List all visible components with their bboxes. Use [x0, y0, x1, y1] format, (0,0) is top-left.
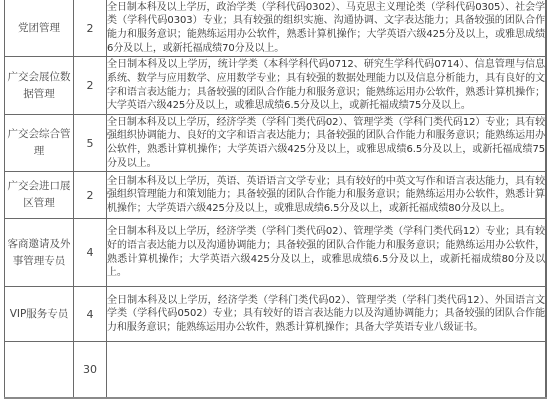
job-requirements-table: 党团管理 2 全日制本科及以上学历，政治学类（学科代码0302）、马克思主义理论…: [4, 0, 547, 399]
headcount-cell: 2: [74, 172, 107, 219]
table-row: 广交会展位数据管理 2 全日制本科及以上学历，统计学类（本科学科代码0712、研…: [5, 57, 547, 115]
headcount-cell: 5: [74, 115, 107, 172]
position-cell: 客商邀请及外事管理专员: [5, 219, 74, 287]
total-row: 30: [5, 342, 547, 399]
headcount-cell: 2: [74, 57, 107, 115]
headcount-cell: 4: [74, 287, 107, 342]
table-row: 广交会进口展区管理 2 全日制本科及以上学历，英语、英语语言文学专业；具有较好的…: [5, 172, 547, 219]
requirements-cell: 全日制本科及以上学历，英语、英语语言文学专业；具有较好的中英文写作和语言表达能力…: [107, 172, 547, 219]
requirements-cell: 全日制本科及以上学历，经济学类（学科门类代码02）、管理学类（学科门类代码12）…: [107, 219, 547, 287]
position-cell: 广交会进口展区管理: [5, 172, 74, 219]
position-cell: VIP服务专员: [5, 287, 74, 342]
requirements-cell: 全日制本科及以上学历，政治学类（学科代码0302）、马克思主义理论类（学科代码0…: [107, 0, 547, 57]
position-cell: 广交会展位数据管理: [5, 57, 74, 115]
headcount-cell: 4: [74, 219, 107, 287]
table-row: VIP服务专员 4 全日制本科及以上学历，经济学类（学科门类代码02）、管理学类…: [5, 287, 547, 342]
table-row: 客商邀请及外事管理专员 4 全日制本科及以上学历，经济学类（学科门类代码02）、…: [5, 219, 547, 287]
total-label-cell: [5, 342, 74, 399]
requirements-cell: 全日制本科及以上学历，经济学类（学科门类代码02）、管理学类（学科门类代码12）…: [107, 287, 547, 342]
table-row: 广交会综合管理 5 全日制本科及以上学历，经济学类（学科门类代码02）、管理学类…: [5, 115, 547, 172]
headcount-cell: 2: [74, 0, 107, 57]
requirements-cell: 全日制本科及以上学历，经济学类（学科门类代码02）、管理学类（学科门类代码12）…: [107, 115, 547, 172]
requirements-cell: 全日制本科及以上学历，统计学类（本科学科代码0712、研究生学科代码0714）、…: [107, 57, 547, 115]
total-headcount-cell: 30: [74, 342, 107, 399]
position-cell: 党团管理: [5, 0, 74, 57]
total-requirements-cell: [107, 342, 547, 399]
position-cell: 广交会综合管理: [5, 115, 74, 172]
table-row: 党团管理 2 全日制本科及以上学历，政治学类（学科代码0302）、马克思主义理论…: [5, 0, 547, 57]
